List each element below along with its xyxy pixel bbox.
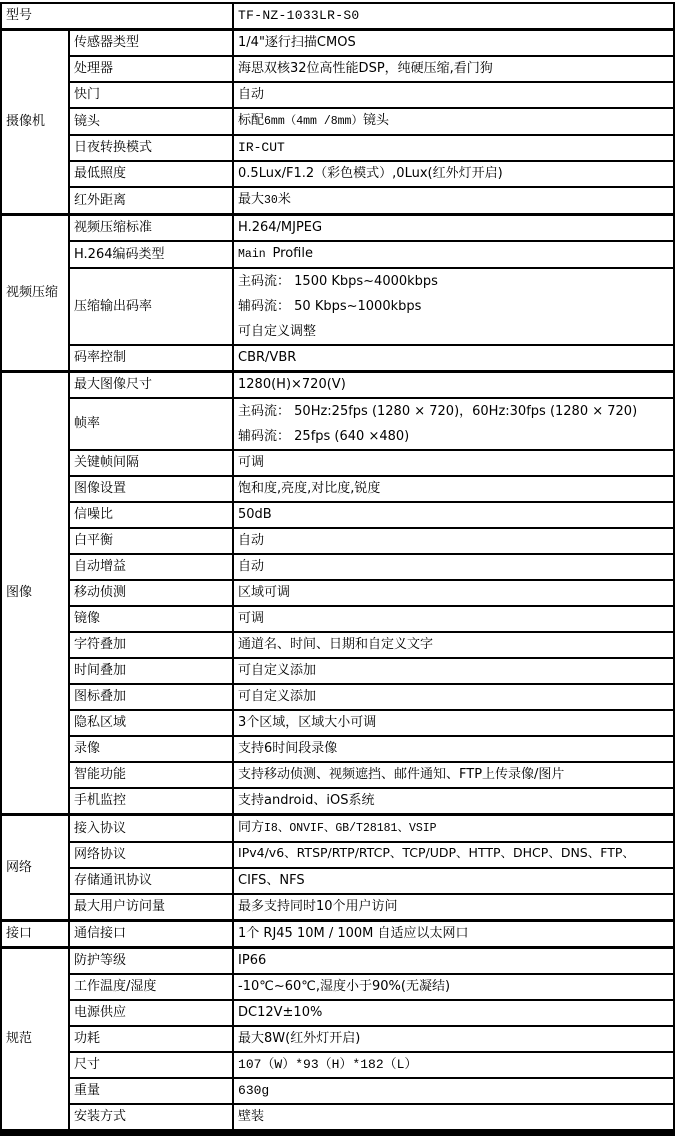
spec-row: 图标叠加可自定义添加 (1, 684, 674, 710)
param-label: 处理器 (69, 56, 233, 82)
spec-row: 图像最大图像尺寸1280(H)×720(V) (1, 372, 674, 399)
param-label: 白平衡 (69, 528, 233, 554)
spec-row: 接口通信接口1个 RJ45 10M / 100M 自适应以太网口 (1, 921, 674, 948)
spec-row: 镜头标配6mm（4mm /8mm）镜头 (1, 108, 674, 135)
spec-row: 日夜转换模式IR-CUT (1, 135, 674, 161)
spec-row: H.264编码类型Main Profile (1, 241, 674, 268)
spec-row: 快门自动 (1, 82, 674, 108)
param-label: 视频压缩标准 (69, 215, 233, 242)
param-value: 可自定义添加 (233, 684, 674, 710)
param-label: 镜头 (69, 108, 233, 135)
param-value: 饱和度,亮度,对比度,锐度 (233, 476, 674, 502)
param-label: 重量 (69, 1078, 233, 1104)
value-part: Profile (273, 246, 313, 261)
param-label: 字符叠加 (69, 632, 233, 658)
param-label: 尺寸 (69, 1052, 233, 1078)
group-label: 接口 (1, 921, 69, 948)
spec-row: 图像设置饱和度,亮度,对比度,锐度 (1, 476, 674, 502)
param-value: 107（W）*93（H）*182（L） (233, 1052, 674, 1078)
param-label: 存储通讯协议 (69, 868, 233, 894)
param-value: H.264/MJPEG (233, 215, 674, 242)
param-value: 主码流： 1500 Kbps~4000kbps辅码流： 50 Kbps~1000… (233, 268, 674, 345)
param-value: 3个区域，区域大小可调 (233, 710, 674, 736)
group-label: 视频压缩 (1, 215, 69, 372)
param-value: 1/4"逐行扫描CMOS (233, 30, 674, 57)
param-value: 同方I8、ONVIF、GB/T28181、VSIP (233, 815, 674, 843)
param-label: 自动增益 (69, 554, 233, 580)
param-value: Main Profile (233, 241, 674, 268)
param-label: 关键帧间隔 (69, 450, 233, 476)
spec-sheet-page: 型号TF-NZ-1033LR-S0摄像机传感器类型1/4"逐行扫描CMOS处理器… (0, 2, 675, 1136)
spec-table: 型号TF-NZ-1033LR-S0摄像机传感器类型1/4"逐行扫描CMOS处理器… (0, 2, 675, 1136)
param-value: 可调 (233, 606, 674, 632)
spec-row: 红外距离最大30米 (1, 187, 674, 215)
model-label: 型号 (1, 3, 233, 30)
param-label: 帧率 (69, 398, 233, 450)
param-value: 630g (233, 1078, 674, 1104)
model-row: 型号TF-NZ-1033LR-S0 (1, 3, 674, 30)
param-label: 红外距离 (69, 187, 233, 215)
param-label: 时间叠加 (69, 658, 233, 684)
param-label: 电源供应 (69, 1000, 233, 1026)
spec-row: 网络协议IPv4/v6、RTSP/RTP/RTCP、TCP/UDP、HTTP、D… (1, 842, 674, 868)
param-value: CBR/VBR (233, 345, 674, 372)
param-value: 通道名、时间、日期和自定义文字 (233, 632, 674, 658)
spec-row: 信噪比50dB (1, 502, 674, 528)
value-part: 镜头 (363, 113, 389, 128)
value-part: Main (238, 248, 273, 261)
param-value: 自动 (233, 554, 674, 580)
group-label: 图像 (1, 372, 69, 815)
param-value: 最大8W(红外灯开启) (233, 1026, 674, 1052)
spec-row: 智能功能支持移动侦测、视频遮挡、邮件通知、FTP上传录像/图片 (1, 762, 674, 788)
param-value: 海思双核32位高性能DSP，纯硬压缩,看门狗 (233, 56, 674, 82)
clipped-value-box: IPv4/v6、RTSP/RTP/RTCP、TCP/UDP、HTTP、DHCP、… (238, 843, 669, 867)
value-line: 可自定义调整 (238, 319, 669, 344)
param-label: 码率控制 (69, 345, 233, 372)
param-value: 50dB (233, 502, 674, 528)
param-value: 主码流： 50Hz:25fps (1280 × 720)，60Hz:30fps … (233, 398, 674, 450)
param-value: CIFS、NFS (233, 868, 674, 894)
spec-row: 字符叠加通道名、时间、日期和自定义文字 (1, 632, 674, 658)
param-value: IPv4/v6、RTSP/RTP/RTCP、TCP/UDP、HTTP、DHCP、… (233, 842, 674, 868)
spec-row: 最低照度0.5Lux/F1.2（彩色模式）,0Lux(红外灯开启) (1, 161, 674, 187)
value-part: 30 (264, 194, 278, 207)
param-value: 0.5Lux/F1.2（彩色模式）,0Lux(红外灯开启) (233, 161, 674, 187)
spec-row: 白平衡自动 (1, 528, 674, 554)
value-part: 米 (278, 192, 291, 207)
param-value: IR-CUT (233, 135, 674, 161)
param-label: 图标叠加 (69, 684, 233, 710)
param-value: 可调 (233, 450, 674, 476)
spec-table-body: 型号TF-NZ-1033LR-S0摄像机传感器类型1/4"逐行扫描CMOS处理器… (1, 3, 674, 1133)
param-value: 壁装 (233, 1104, 674, 1133)
param-label: 工作温度/湿度 (69, 974, 233, 1000)
spec-row: 码率控制CBR/VBR (1, 345, 674, 372)
spec-row: 镜像可调 (1, 606, 674, 632)
param-label: 安装方式 (69, 1104, 233, 1133)
value-part: I8、ONVIF、GB/T28181、VSIP (264, 822, 437, 835)
param-label: 最大图像尺寸 (69, 372, 233, 399)
spec-row: 隐私区域3个区域，区域大小可调 (1, 710, 674, 736)
spec-row: 安装方式壁装 (1, 1104, 674, 1133)
param-label: 功耗 (69, 1026, 233, 1052)
param-label: 手机监控 (69, 788, 233, 815)
spec-row: 时间叠加可自定义添加 (1, 658, 674, 684)
param-value: IP66 (233, 948, 674, 975)
param-label: 隐私区域 (69, 710, 233, 736)
group-label: 规范 (1, 948, 69, 1133)
value-part: 同方 (238, 820, 264, 835)
spec-row: 存储通讯协议CIFS、NFS (1, 868, 674, 894)
value-line: DDNS、PPPOE、SMTP、SIP (238, 862, 669, 867)
value-part: 标配 (238, 113, 264, 128)
model-value: TF-NZ-1033LR-S0 (233, 3, 674, 30)
param-value: 支持移动侦测、视频遮挡、邮件通知、FTP上传录像/图片 (233, 762, 674, 788)
param-label: 图像设置 (69, 476, 233, 502)
spec-row: 规范防护等级IP66 (1, 948, 674, 975)
param-label: 录像 (69, 736, 233, 762)
param-value: 可自定义添加 (233, 658, 674, 684)
param-value: 自动 (233, 528, 674, 554)
param-value: 区域可调 (233, 580, 674, 606)
spec-row: 电源供应DC12V±10% (1, 1000, 674, 1026)
param-value: 支持6时间段录像 (233, 736, 674, 762)
param-label: 镜像 (69, 606, 233, 632)
param-value: 标配6mm（4mm /8mm）镜头 (233, 108, 674, 135)
param-value: DC12V±10% (233, 1000, 674, 1026)
spec-row: 视频压缩视频压缩标准H.264/MJPEG (1, 215, 674, 242)
param-value: 最多支持同时10个用户访问 (233, 894, 674, 921)
param-value: 1个 RJ45 10M / 100M 自适应以太网口 (233, 921, 674, 948)
param-label: 最低照度 (69, 161, 233, 187)
param-value: 自动 (233, 82, 674, 108)
param-value: 1280(H)×720(V) (233, 372, 674, 399)
spec-row: 压缩输出码率主码流： 1500 Kbps~4000kbps辅码流： 50 Kbp… (1, 268, 674, 345)
spec-row: 帧率主码流： 50Hz:25fps (1280 × 720)，60Hz:30fp… (1, 398, 674, 450)
value-part: 6mm（4mm /8mm） (264, 115, 363, 128)
value-part: 最大 (238, 192, 264, 207)
value-line: 主码流： 50Hz:25fps (1280 × 720)，60Hz:30fps … (238, 399, 669, 424)
value-line: IPv4/v6、RTSP/RTP/RTCP、TCP/UDP、HTTP、DHCP、… (238, 843, 669, 862)
spec-row: 工作温度/湿度-10℃~60℃,湿度小于90%(无凝结) (1, 974, 674, 1000)
value-line: 辅码流： 50 Kbps~1000kbps (238, 294, 669, 319)
spec-row: 手机监控支持android、iOS系统 (1, 788, 674, 815)
param-label: 快门 (69, 82, 233, 108)
param-value: -10℃~60℃,湿度小于90%(无凝结) (233, 974, 674, 1000)
spec-row: 自动增益自动 (1, 554, 674, 580)
spec-row: 功耗最大8W(红外灯开启) (1, 1026, 674, 1052)
spec-row: 网络接入协议同方I8、ONVIF、GB/T28181、VSIP (1, 815, 674, 843)
group-label: 摄像机 (1, 30, 69, 215)
param-label: 智能功能 (69, 762, 233, 788)
group-label: 网络 (1, 815, 69, 921)
spec-row: 摄像机传感器类型1/4"逐行扫描CMOS (1, 30, 674, 57)
spec-row: 录像支持6时间段录像 (1, 736, 674, 762)
param-label: 压缩输出码率 (69, 268, 233, 345)
param-label: 通信接口 (69, 921, 233, 948)
spec-row: 关键帧间隔可调 (1, 450, 674, 476)
param-label: 最大用户访问量 (69, 894, 233, 921)
param-label: 网络协议 (69, 842, 233, 868)
spec-row: 最大用户访问量最多支持同时10个用户访问 (1, 894, 674, 921)
param-label: 传感器类型 (69, 30, 233, 57)
spec-row: 重量630g (1, 1078, 674, 1104)
param-label: 接入协议 (69, 815, 233, 843)
param-value: 支持android、iOS系统 (233, 788, 674, 815)
param-label: 信噪比 (69, 502, 233, 528)
param-label: 日夜转换模式 (69, 135, 233, 161)
spec-row: 移动侦测区域可调 (1, 580, 674, 606)
param-label: H.264编码类型 (69, 241, 233, 268)
value-line: 辅码流： 25fps (640 ×480) (238, 424, 669, 449)
value-line: 主码流： 1500 Kbps~4000kbps (238, 269, 669, 294)
param-label: 移动侦测 (69, 580, 233, 606)
spec-row: 处理器海思双核32位高性能DSP，纯硬压缩,看门狗 (1, 56, 674, 82)
spec-row: 尺寸107（W）*93（H）*182（L） (1, 1052, 674, 1078)
param-label: 防护等级 (69, 948, 233, 975)
param-value: 最大30米 (233, 187, 674, 215)
